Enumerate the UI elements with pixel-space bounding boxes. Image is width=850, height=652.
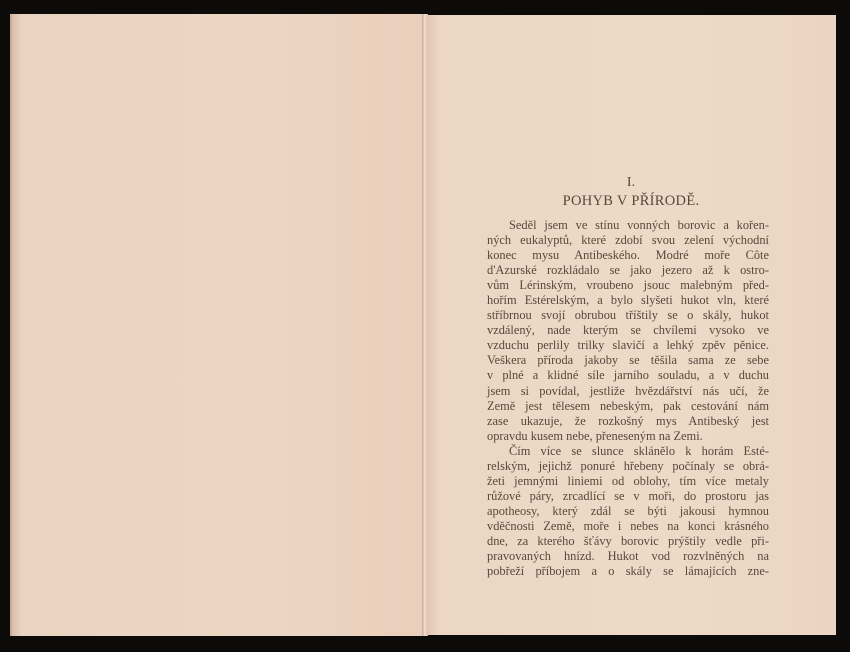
text-line: Čím více se slunce sklánělo k horám Esté…: [487, 444, 769, 459]
text-line: vům Lérinským, vroubeno jsouc malebným p…: [487, 278, 769, 293]
left-page-blank: [10, 14, 426, 636]
text-line: vzduchu perlily trilky slavičí a lehký z…: [487, 338, 769, 353]
chapter-title: POHYB V PŘÍRODĚ.: [426, 193, 836, 210]
text-line: d'Azurské rozkládalo se jako jezero až k…: [487, 263, 769, 278]
text-line: vděčnosti Země, moře i nebes na konci kr…: [487, 519, 769, 534]
chapter-number: I.: [426, 175, 836, 191]
text-line: Seděl jsem ve stínu vonných borovic a ko…: [487, 218, 769, 233]
text-line: opravdu kusem nebe, přeneseným na Zemi.: [487, 429, 769, 444]
text-line: růžové páry, zrcadlící se v moři, do pro…: [487, 489, 769, 504]
text-line: ných eukalyptů, které zdobí svou zelení …: [487, 233, 769, 248]
text-line: Země jest tělesem nebeským, pak cestován…: [487, 399, 769, 414]
text-line: vzdálený, nade kterým se chvílemi vysoko…: [487, 323, 769, 338]
text-line: pobřeží příbojem a o skály se lámajících…: [487, 564, 769, 579]
text-line: pravovaných hnízd. Hukot vod rozvlněných…: [487, 549, 769, 564]
text-line: konec mysu Antibeského. Modré moře Côte: [487, 248, 769, 263]
text-line: hořím Estérelským, a bylo slyšeti hukot …: [487, 293, 769, 308]
text-line: jsem si povídal, jestliže hvězdářství ná…: [487, 384, 769, 399]
text-line: relským, jejichž ponuré hřebeny počínaly…: [487, 459, 769, 474]
text-line: stříbrnou svojí obrubou tříštily se o sk…: [487, 308, 769, 323]
text-line: dne, za kterého šťávy borovic prýštily v…: [487, 534, 769, 549]
text-line: apotheosy, který zdál se býti jakousi hy…: [487, 504, 769, 519]
text-line: Veškera příroda jakoby se těšila sama ze…: [487, 353, 769, 368]
text-line: žeti jemnými liniemi od oblohy, tím více…: [487, 474, 769, 489]
text-line: zase ukazuje, že rozkošný mys Antibeský …: [487, 414, 769, 429]
text-line: v plné a klidné síle jarního souladu, a …: [487, 368, 769, 383]
body-text: Seděl jsem ve stínu vonných borovic a ko…: [487, 218, 769, 579]
